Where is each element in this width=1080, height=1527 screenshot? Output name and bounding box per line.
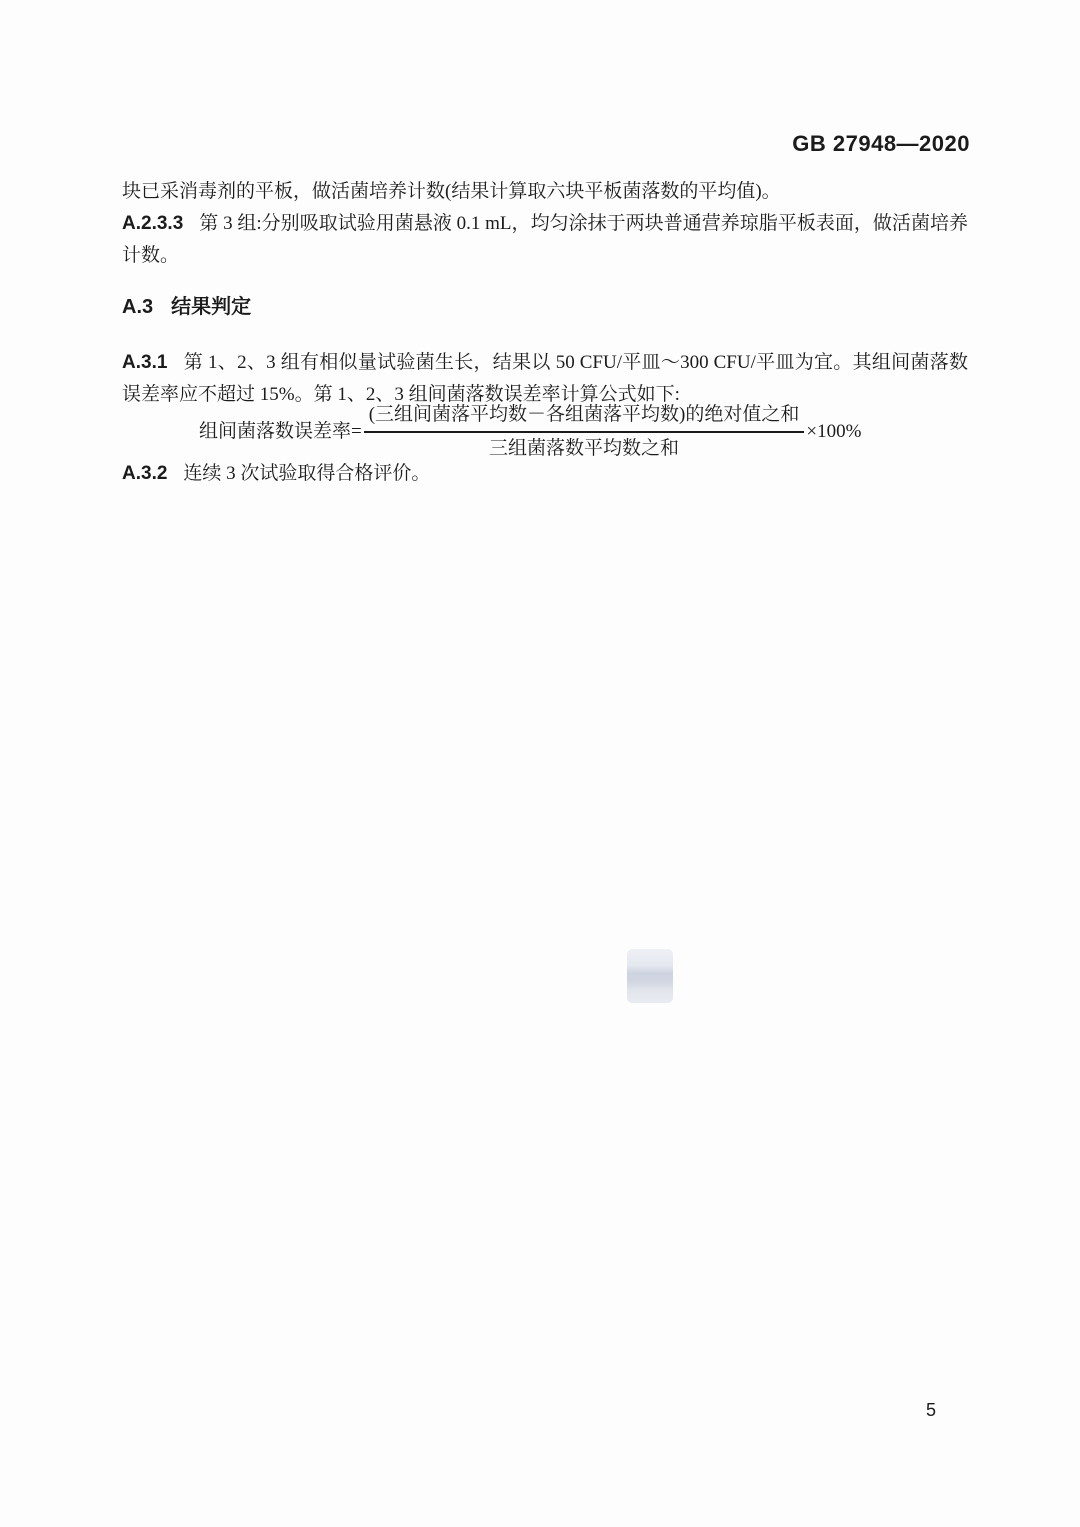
page-number: 5 — [926, 1400, 936, 1421]
clause-a32-text: 连续 3 次试验取得合格评价。 — [183, 463, 430, 484]
paragraph-continuation-text: 块已采消毒剂的平板，做活菌培养计数(结果计算取六块平板菌落数的平均值)。 — [122, 176, 968, 208]
formula-numerator: (三组间菌落平均数－各组菌落平均数)的绝对值之和 — [364, 403, 805, 433]
clause-a31-text1: 第 1、2、3 组有相似量试验菌生长，结果以 50 CFU/平皿～300 CFU… — [183, 352, 968, 373]
clause-a32: A.3.2连续 3 次试验取得合格评价。 — [122, 458, 968, 490]
clause-a233-line1: A.2.3.3第 3 组:分别吸取试验用菌悬液 0.1 mL，均匀涂抹于两块普通… — [122, 208, 968, 240]
clause-a233-label: A.2.3.3 — [122, 213, 199, 234]
clause-a32-line: A.3.2连续 3 次试验取得合格评价。 — [122, 458, 968, 490]
standard-number-header: GB 27948—2020 — [792, 131, 970, 157]
watermark-stamp-icon — [627, 949, 673, 1003]
clause-a233-line2: 计数。 — [122, 240, 968, 272]
clause-a32-label: A.3.2 — [122, 463, 183, 484]
heading-a3-label: A.3 — [122, 296, 171, 318]
clause-a233-text1: 第 3 组:分别吸取试验用菌悬液 0.1 mL，均匀涂抹于两块普通营养琼脂平板表… — [199, 213, 968, 234]
clause-a31: A.3.1第 1、2、3 组有相似量试验菌生长，结果以 50 CFU/平皿～30… — [122, 347, 968, 411]
clause-a31-label: A.3.1 — [122, 352, 183, 373]
error-rate-formula: 组间菌落数误差率= (三组间菌落平均数－各组菌落平均数)的绝对值之和 三组菌落数… — [199, 403, 861, 461]
document-page: GB 27948—2020 块已采消毒剂的平板，做活菌培养计数(结果计算取六块平… — [0, 0, 1080, 1527]
formula-multiplier: ×100% — [806, 420, 861, 444]
clause-a233: A.2.3.3第 3 组:分别吸取试验用菌悬液 0.1 mL，均匀涂抹于两块普通… — [122, 208, 968, 272]
paragraph-continuation: 块已采消毒剂的平板，做活菌培养计数(结果计算取六块平板菌落数的平均值)。 — [122, 176, 968, 208]
heading-a3: A.3结果判定 — [122, 290, 251, 319]
heading-a3-title: 结果判定 — [171, 296, 251, 318]
formula-fraction: (三组间菌落平均数－各组菌落平均数)的绝对值之和 三组菌落数平均数之和 — [364, 403, 805, 461]
clause-a31-line1: A.3.1第 1、2、3 组有相似量试验菌生长，结果以 50 CFU/平皿～30… — [122, 347, 968, 379]
formula-denominator: 三组菌落数平均数之和 — [489, 433, 679, 461]
formula-lhs: 组间菌落数误差率= — [199, 420, 362, 444]
